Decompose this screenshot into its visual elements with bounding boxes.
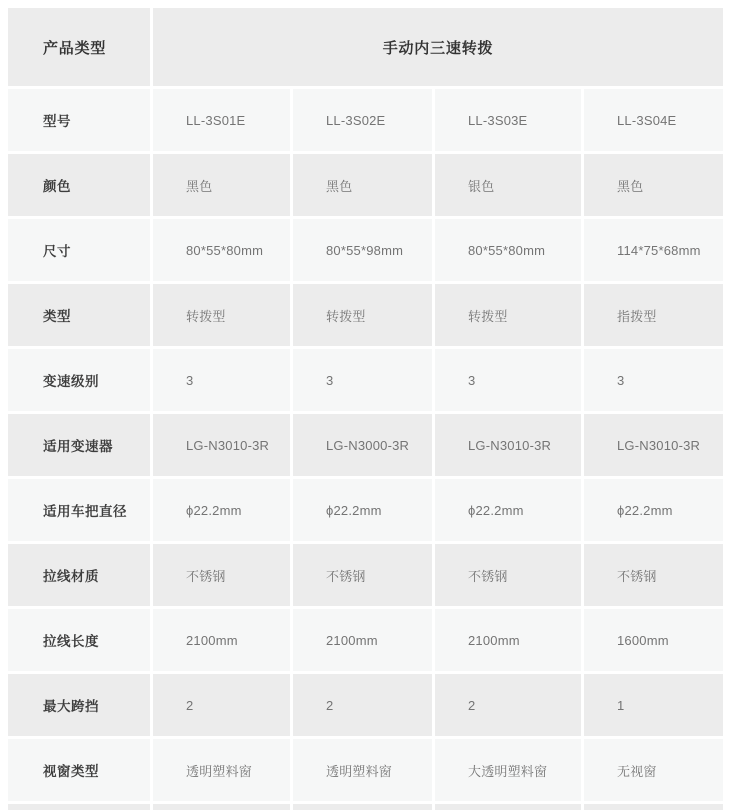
cable-length-value-1: 2100mm [153, 609, 290, 671]
handlebar-diameter-value-3: ϕ22.2mm [435, 479, 581, 541]
color-value-1: 黑色 [153, 154, 290, 216]
transmission-value-1: LG-N3010-3R [153, 414, 290, 476]
row-label-compatible-transmission: 适用变速器 [8, 414, 150, 476]
cable-material-value-3: 不锈钢 [435, 544, 581, 606]
cable-length-value-3: 2100mm [435, 609, 581, 671]
clipped-next-row-cell [153, 804, 290, 810]
handlebar-diameter-value-1: ϕ22.2mm [153, 479, 290, 541]
max-gear-span-value-4: 1 [584, 674, 723, 736]
row-label-model: 型号 [8, 89, 150, 151]
type-value-3: 转拨型 [435, 284, 581, 346]
color-value-4: 黑色 [584, 154, 723, 216]
clipped-next-row-cell [435, 804, 581, 810]
cable-length-value-4: 1600mm [584, 609, 723, 671]
row-label-dimensions: 尺寸 [8, 219, 150, 281]
speed-levels-value-1: 3 [153, 349, 290, 411]
cable-material-value-1: 不锈钢 [153, 544, 290, 606]
row-label-color: 颜色 [8, 154, 150, 216]
cable-length-value-2: 2100mm [293, 609, 432, 671]
window-type-value-2: 透明塑料窗 [293, 739, 432, 801]
clipped-next-row-cell [584, 804, 723, 810]
header-product-type-label: 产品类型 [8, 8, 150, 86]
handlebar-diameter-value-4: ϕ22.2mm [584, 479, 723, 541]
speed-levels-value-4: 3 [584, 349, 723, 411]
window-type-value-4: 无视窗 [584, 739, 723, 801]
window-type-value-3: 大透明塑料窗 [435, 739, 581, 801]
window-type-value-1: 透明塑料窗 [153, 739, 290, 801]
row-label-cable-material: 拉线材质 [8, 544, 150, 606]
row-label-max-gear-span: 最大跨挡 [8, 674, 150, 736]
row-label-cable-length: 拉线长度 [8, 609, 150, 671]
model-value-3: LL-3S03E [435, 89, 581, 151]
row-label-window-type: 视窗类型 [8, 739, 150, 801]
product-spec-table: 产品类型 手动内三速转拨 型号 LL-3S01E LL-3S02E LL-3S0… [8, 8, 723, 810]
row-label-speed-levels: 变速级别 [8, 349, 150, 411]
model-value-2: LL-3S02E [293, 89, 432, 151]
model-value-1: LL-3S01E [153, 89, 290, 151]
cable-material-value-2: 不锈钢 [293, 544, 432, 606]
model-value-4: LL-3S04E [584, 89, 723, 151]
max-gear-span-value-2: 2 [293, 674, 432, 736]
handlebar-diameter-value-2: ϕ22.2mm [293, 479, 432, 541]
header-category-title: 手动内三速转拨 [153, 8, 723, 86]
type-value-4: 指拨型 [584, 284, 723, 346]
speed-levels-value-3: 3 [435, 349, 581, 411]
dimensions-value-4: 114*75*68mm [584, 219, 723, 281]
transmission-value-2: LG-N3000-3R [293, 414, 432, 476]
color-value-2: 黑色 [293, 154, 432, 216]
dimensions-value-1: 80*55*80mm [153, 219, 290, 281]
speed-levels-value-2: 3 [293, 349, 432, 411]
row-label-handlebar-diameter: 适用车把直径 [8, 479, 150, 541]
max-gear-span-value-3: 2 [435, 674, 581, 736]
transmission-value-4: LG-N3010-3R [584, 414, 723, 476]
dimensions-value-2: 80*55*98mm [293, 219, 432, 281]
clipped-next-row-cell [8, 804, 150, 810]
type-value-1: 转拨型 [153, 284, 290, 346]
clipped-next-row-cell [293, 804, 432, 810]
dimensions-value-3: 80*55*80mm [435, 219, 581, 281]
cable-material-value-4: 不锈钢 [584, 544, 723, 606]
transmission-value-3: LG-N3010-3R [435, 414, 581, 476]
row-label-type: 类型 [8, 284, 150, 346]
max-gear-span-value-1: 2 [153, 674, 290, 736]
type-value-2: 转拨型 [293, 284, 432, 346]
color-value-3: 银色 [435, 154, 581, 216]
